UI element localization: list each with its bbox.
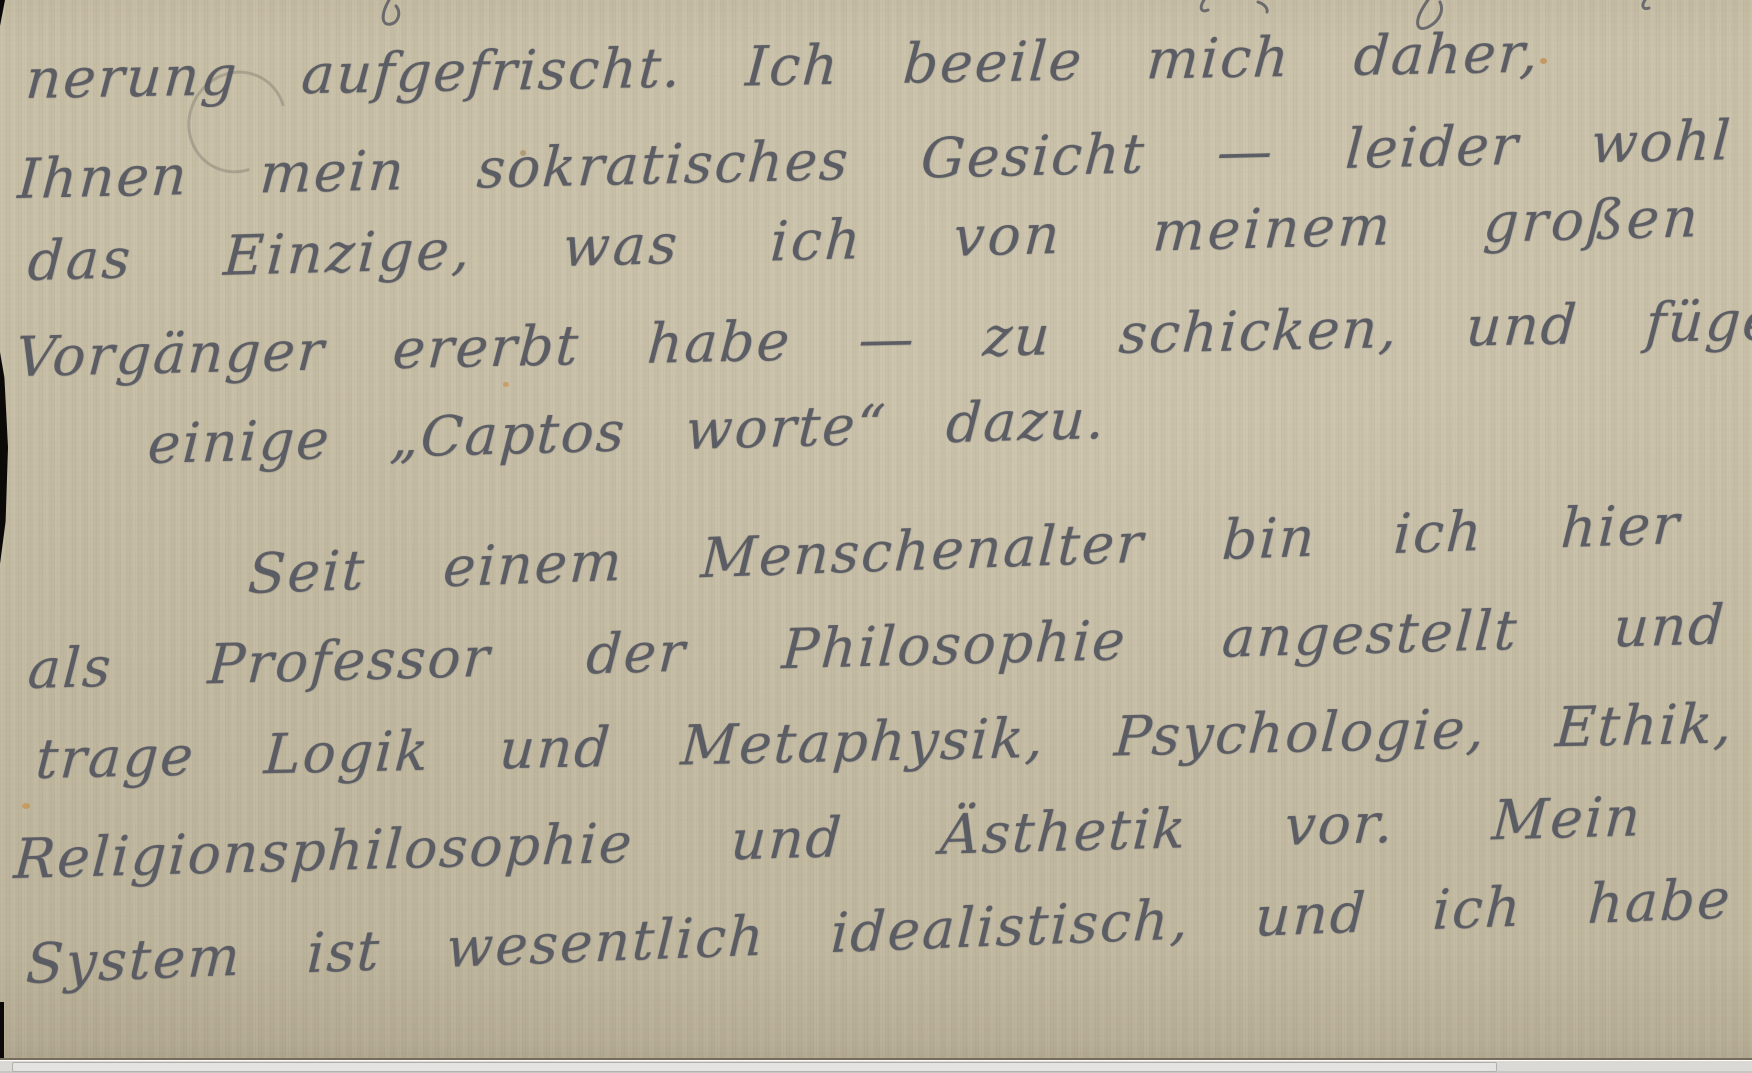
paper-speck bbox=[503, 382, 509, 387]
manuscript-line: Vorgänger ererbt habe — zu schicken, und… bbox=[14, 288, 1752, 389]
manuscript-line: einige „Captos worte“ dazu. bbox=[146, 387, 1108, 476]
manuscript-page: nerung aufgefrischt. Ich beeile mich dah… bbox=[0, 0, 1752, 1073]
paper-speck bbox=[1540, 58, 1547, 64]
scan-edge-artifact bbox=[0, 1002, 4, 1060]
scrollbar-thumb[interactable] bbox=[12, 1062, 1497, 1072]
scan-edge-artifact bbox=[0, 352, 8, 564]
manuscript-line: Seit einem Menschenalter bin ich hier — bbox=[246, 487, 1752, 606]
horizontal-scrollbar[interactable] bbox=[0, 1058, 1752, 1073]
manuscript-line: trage Logik und Metaphysik, Psychologie,… bbox=[34, 691, 1736, 791]
paper-speck bbox=[22, 803, 30, 809]
manuscript-line: System ist wesentlich idealistisch, und … bbox=[24, 866, 1733, 996]
manuscript-line: als Professor der Philosophie angestellt… bbox=[26, 592, 1728, 701]
manuscript-line: Religionsphilosophie und Ästhetik vor. M… bbox=[12, 784, 1644, 891]
